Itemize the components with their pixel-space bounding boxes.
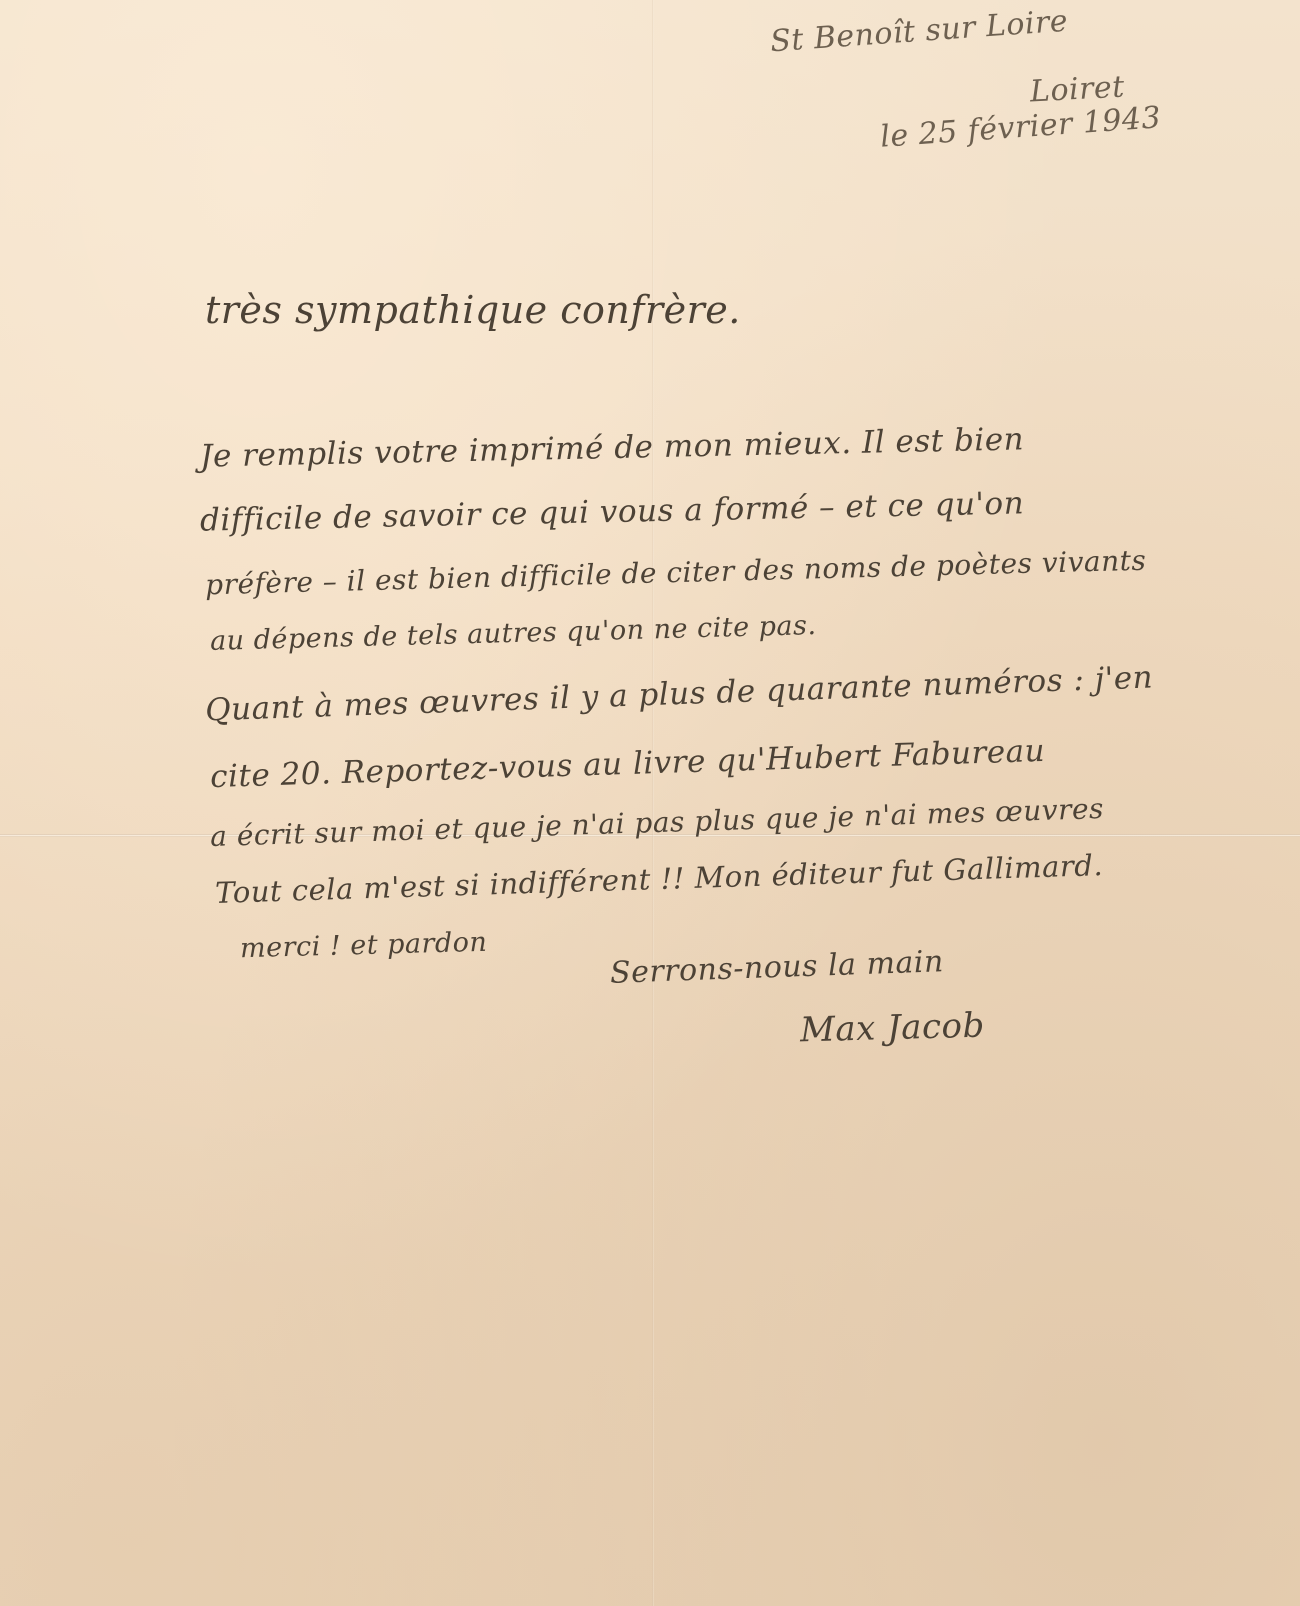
salutation: très sympathique confrère. — [205, 288, 741, 332]
closing: Serrons-nous la main — [609, 944, 944, 991]
body-line-3: préfère – il est bien difficile de citer… — [205, 544, 1147, 602]
header-place: St Benoît sur Loire — [769, 4, 1069, 60]
body-line-6: cite 20. Reportez-vous au livre qu'Huber… — [210, 733, 1046, 795]
body-line-7: a écrit sur moi et que je n'ai pas plus … — [210, 792, 1105, 853]
body-line-2: difficile de savoir ce qui vous a formé … — [200, 485, 1025, 538]
body-line-9: merci ! et pardon — [240, 927, 488, 964]
vertical-fold-line — [652, 0, 654, 1606]
body-line-5: Quant à mes œuvres il y a plus de quaran… — [205, 659, 1154, 728]
signature: Max Jacob — [800, 1006, 986, 1051]
body-line-8: Tout cela m'est si indifférent !! Mon éd… — [215, 848, 1104, 910]
body-line-4: au dépens de tels autres qu'on ne cite p… — [210, 610, 817, 657]
header-date: le 25 février 1943 — [879, 100, 1162, 155]
letter-page: St Benoît sur Loire Loiret le 25 février… — [0, 0, 1300, 1606]
body-line-1: Je remplis votre imprimé de mon mieux. I… — [200, 421, 1025, 474]
